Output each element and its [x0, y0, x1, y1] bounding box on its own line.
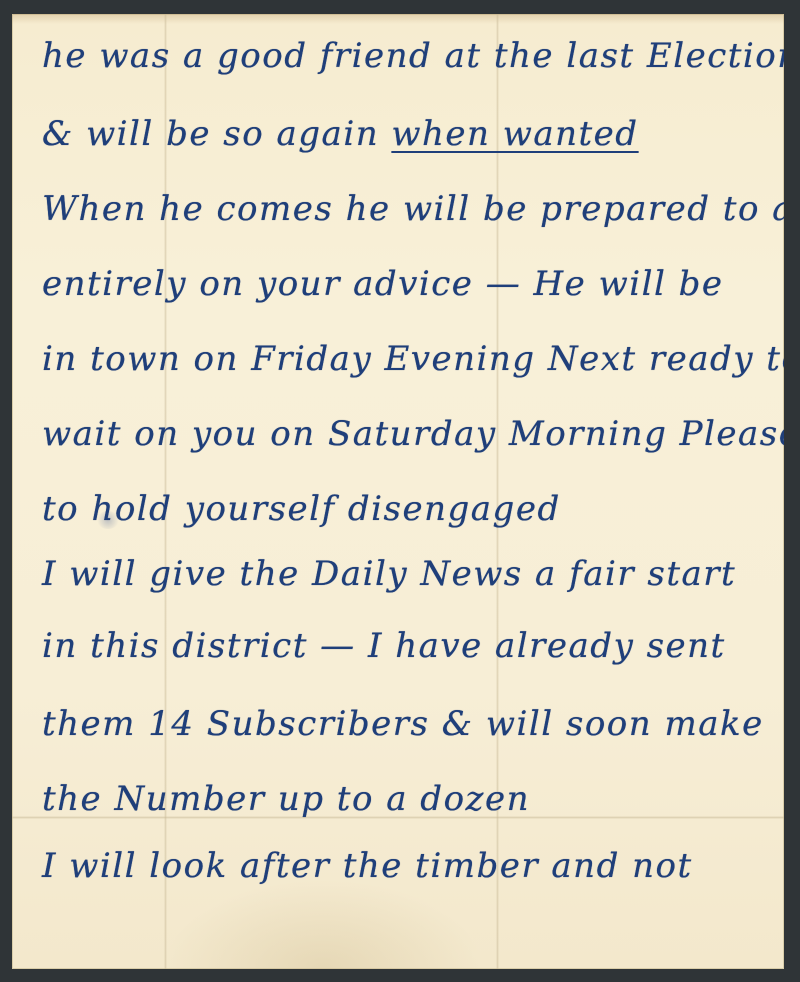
- letter-line-11: the Number up to a dozen: [42, 779, 530, 819]
- letter-line-6: wait on you on Saturday Morning Please: [42, 414, 784, 454]
- paper-stain: [162, 879, 484, 969]
- letter-line-2: & will be so again when wanted: [42, 114, 639, 154]
- letter-page: he was a good friend at the last Electio…: [12, 14, 784, 969]
- document-viewer: he was a good friend at the last Electio…: [0, 0, 800, 982]
- letter-line-10: them 14 Subscribers & will soon make: [42, 704, 764, 744]
- letter-line-1: he was a good friend at the last Electio…: [42, 36, 784, 76]
- letter-line-7: to hold yourself disengaged: [42, 489, 561, 529]
- letter-line-9: in this district — I have already sent: [42, 626, 726, 666]
- letter-line-5: in town on Friday Evening Next ready to: [42, 339, 784, 379]
- letter-line-3: When he comes he will be prepared to act: [42, 189, 784, 229]
- letter-line-4: entirely on your advice — He will be: [42, 264, 724, 304]
- letter-line-8: I will give the Daily News a fair start: [42, 554, 736, 594]
- letter-line-12: I will look after the timber and not: [42, 846, 693, 886]
- underlined-phrase: when wanted: [391, 114, 638, 154]
- letter-line-2-text: & will be so again: [42, 114, 391, 154]
